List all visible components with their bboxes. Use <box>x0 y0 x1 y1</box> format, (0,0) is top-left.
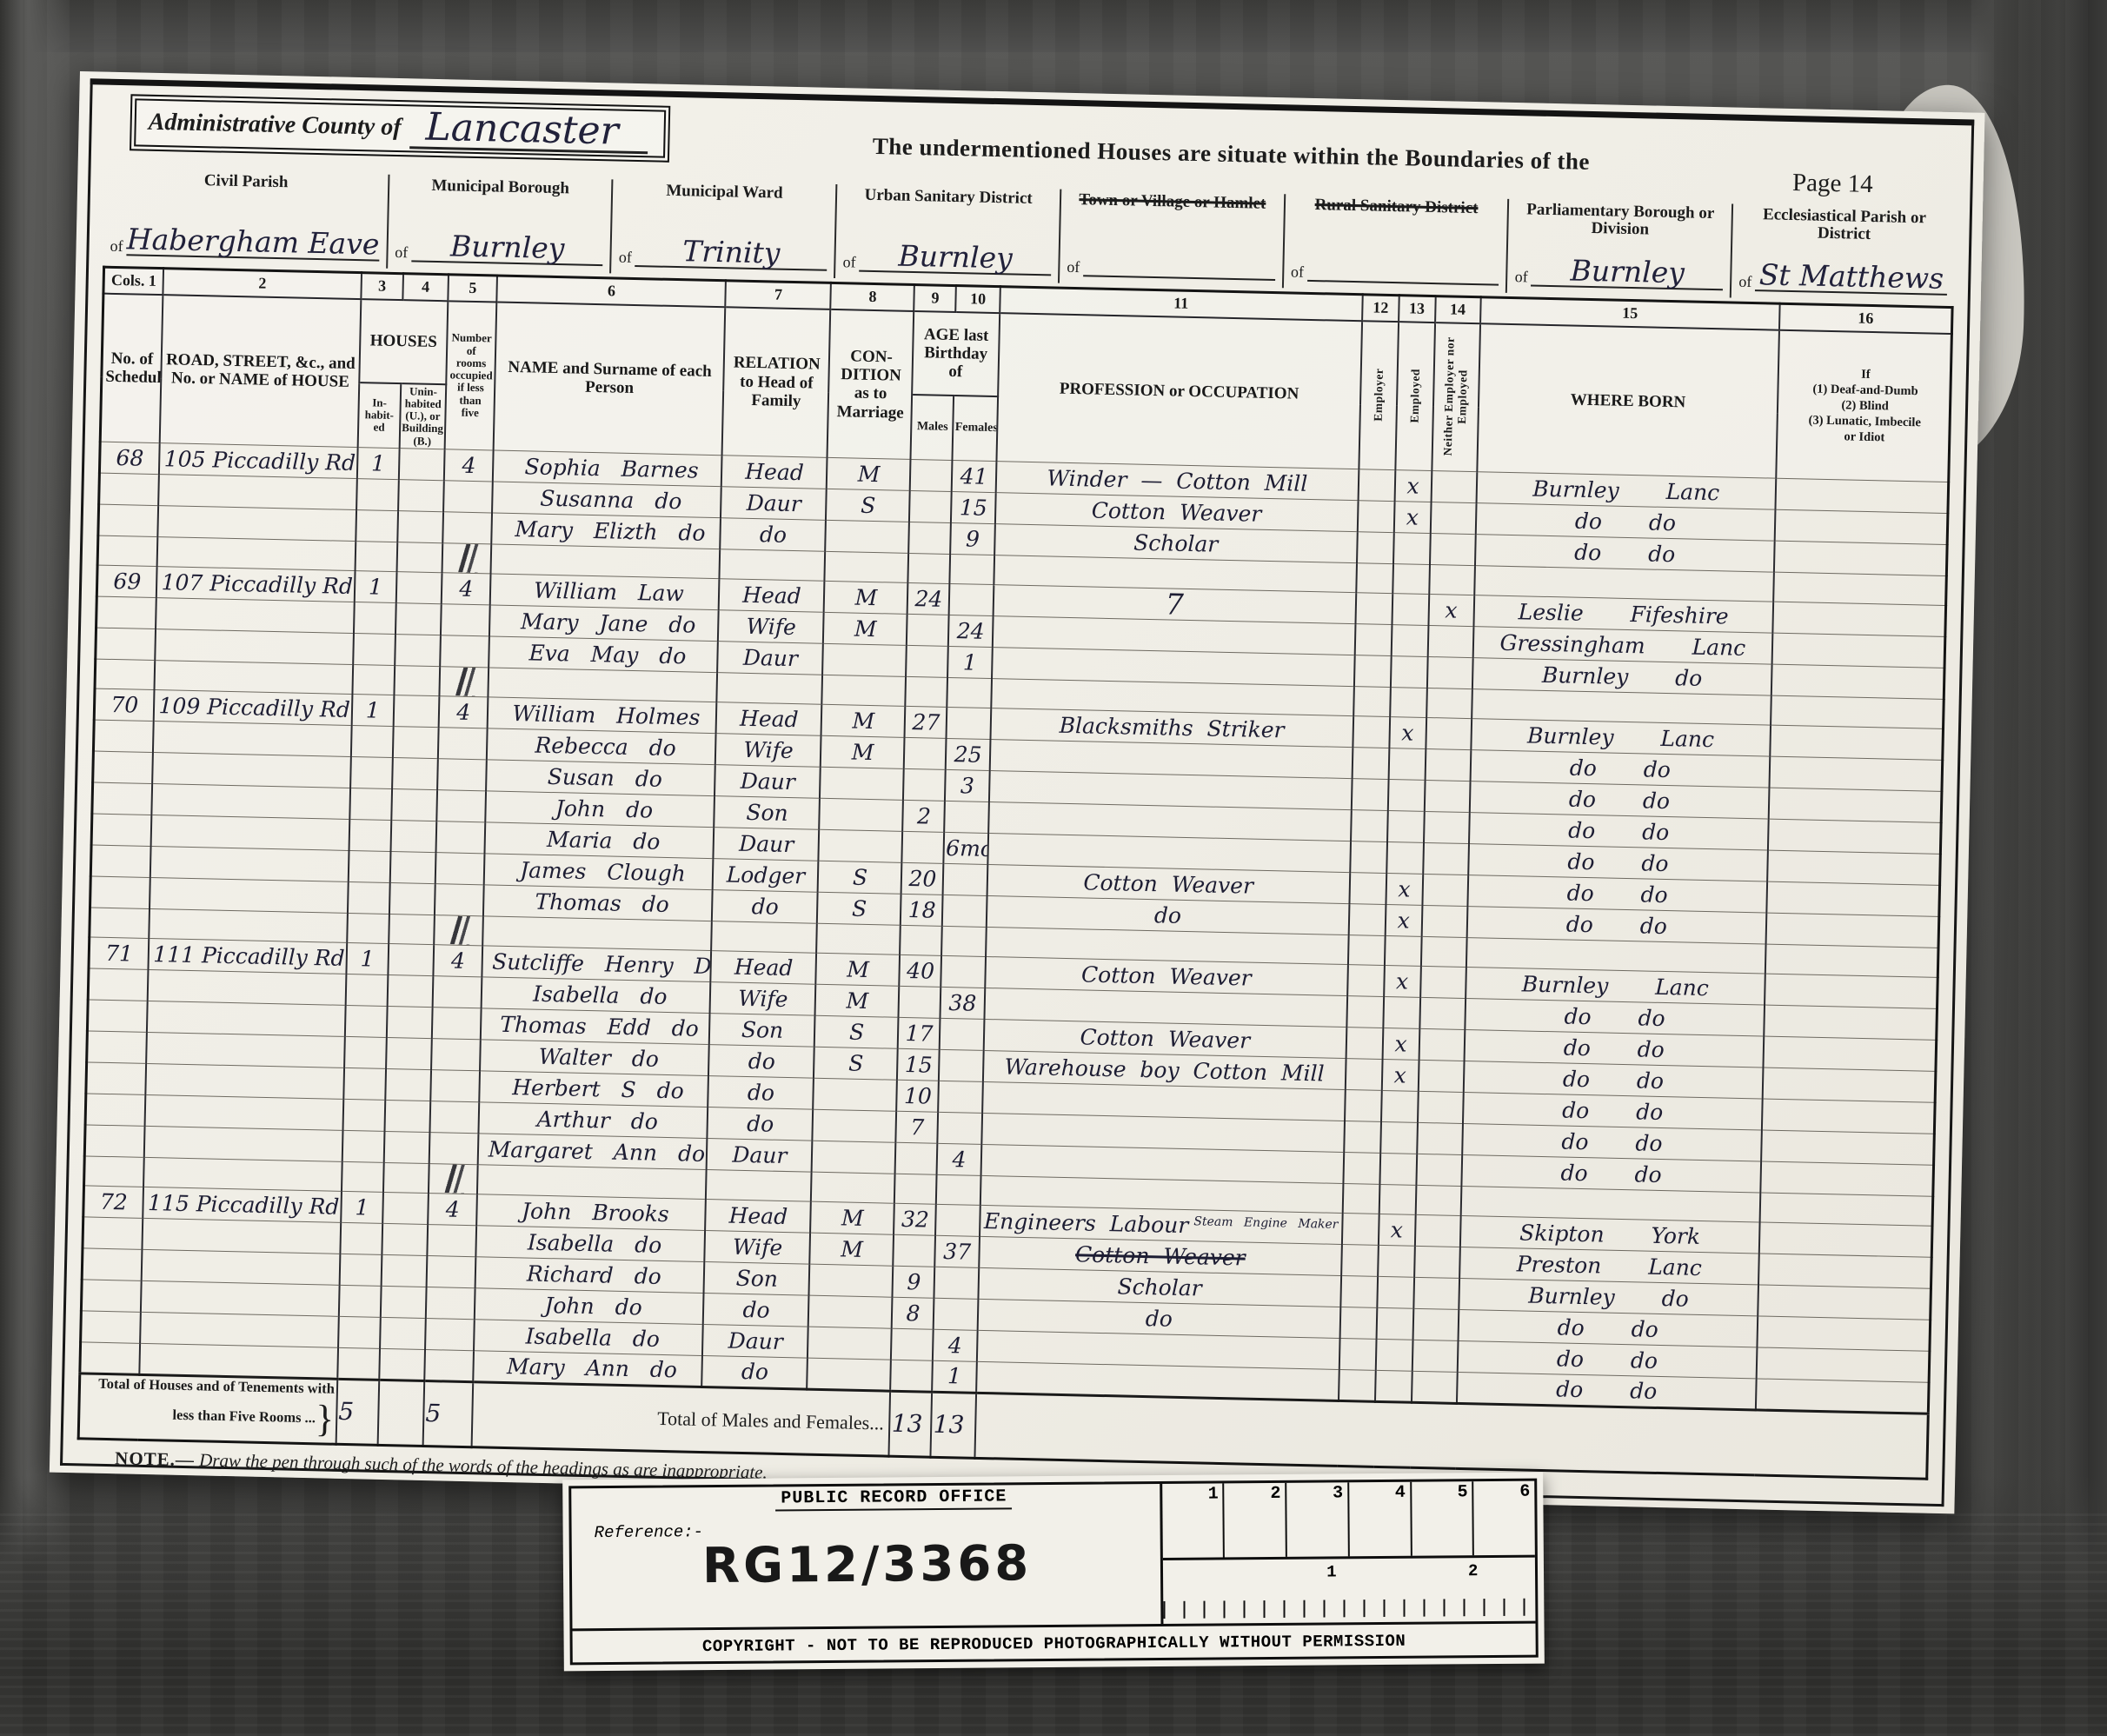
cell-inhabited <box>344 1036 387 1068</box>
cell-schedule <box>82 1248 143 1280</box>
cell-employed: x <box>1379 1214 1416 1246</box>
cell-age-female: 4 <box>937 1143 981 1175</box>
cell-relation: Daur <box>707 1139 813 1173</box>
column-number: 5 <box>448 275 497 302</box>
cell-name: Thomas do <box>483 885 713 921</box>
cell-uninhabited <box>399 449 445 481</box>
totals-females: 13 <box>931 1392 976 1458</box>
column-number: 14 <box>1435 296 1481 323</box>
cell-relation: do <box>721 518 827 552</box>
cell-age-female <box>945 801 989 833</box>
cell-relation: do <box>703 1293 809 1327</box>
census-scan-photo: { "meta": { "page_label": "Page 14" }, "… <box>0 0 2107 1736</box>
cell-age-male <box>909 522 952 554</box>
cell-rooms <box>437 759 487 791</box>
cell-condition: S <box>814 1015 899 1048</box>
cell-name: Mary Elizth do <box>492 513 721 549</box>
cell-schedule <box>83 1217 143 1249</box>
cell-condition: M <box>816 953 901 986</box>
cell-name <box>477 1165 707 1200</box>
district-of: of <box>1738 273 1755 291</box>
district-value: Burnley <box>411 230 603 266</box>
cell-uninhabited <box>396 572 442 604</box>
cell-employed <box>1392 594 1429 626</box>
cell-condition: S <box>826 489 910 522</box>
admin-county-value: Lancaster <box>409 110 648 154</box>
district-of: of <box>619 249 635 267</box>
cell-condition <box>820 798 904 831</box>
cell-rooms <box>435 853 485 885</box>
cell-name: Isabella do <box>474 1320 703 1356</box>
cell-rooms <box>429 1164 478 1194</box>
cell-name: William Law <box>490 574 720 610</box>
cell-uninhabited <box>393 727 439 759</box>
cell-rooms <box>432 1008 482 1040</box>
cell-employed: x <box>1394 502 1432 534</box>
cell-employer <box>1342 1213 1379 1245</box>
cell-employed <box>1379 1153 1417 1185</box>
cell-infirmity <box>1773 572 1946 605</box>
cell-age-male: 17 <box>898 1017 941 1049</box>
cell-age-female <box>941 955 986 988</box>
cell-relation <box>720 549 826 582</box>
district-field: Ecclesiastical Parish or DistrictofSt Ma… <box>1730 203 1956 303</box>
cell-uninhabited <box>398 480 444 512</box>
cell-name: John do <box>486 791 715 828</box>
cell-employed: x <box>1389 717 1426 749</box>
cell-road <box>143 1157 342 1191</box>
cell-age-male: 24 <box>907 582 950 615</box>
cell-name: Maria do <box>485 822 715 859</box>
cell-employer <box>1355 624 1392 656</box>
cell-road <box>146 1032 344 1068</box>
col-header-rooms: Number of rooms occupied if less than fi… <box>445 301 497 450</box>
column-number: 8 <box>831 283 915 310</box>
cell-condition <box>817 923 901 954</box>
cell-infirmity <box>1766 881 1939 916</box>
cell-infirmity <box>1766 913 1939 948</box>
census-table: Cols. 12345678910111213141516 No. of Sch… <box>77 266 1954 1480</box>
cell-road: 115 Piccadilly Rd <box>143 1187 342 1222</box>
cell-neither <box>1424 811 1470 843</box>
cell-infirmity <box>1767 850 1940 885</box>
cell-condition: M <box>811 1201 895 1234</box>
cell-schedule <box>85 1094 146 1126</box>
district-value <box>1083 274 1275 281</box>
cell-road <box>156 629 354 665</box>
cell-inhabited <box>343 1068 386 1100</box>
cell-relation: Wife <box>715 734 821 768</box>
cell-inhabited <box>349 819 391 851</box>
cell-schedule <box>96 628 156 660</box>
cell-uninhabited <box>395 603 442 635</box>
cell-employed <box>1376 1339 1413 1371</box>
cell-schedule <box>93 720 154 752</box>
cell-relation: do <box>708 1107 814 1141</box>
cell-uninhabited <box>380 1317 426 1349</box>
cell-uninhabited <box>389 914 435 944</box>
cell-road <box>155 661 353 695</box>
cell-inhabited <box>347 913 389 943</box>
cell-schedule <box>84 1125 145 1157</box>
col-header-age: AGE last Birthday of <box>913 311 1000 396</box>
ruler-segment: 2 <box>1225 1483 1287 1557</box>
cell-age-male: 32 <box>894 1203 937 1235</box>
cell-age-male: 8 <box>892 1297 934 1329</box>
col-header-neither: Neither Employer nor Employed <box>1432 323 1480 472</box>
col-header-employer: Employer <box>1359 321 1398 470</box>
cell-neither <box>1423 842 1469 875</box>
district-field: Urban Sanitary DistrictofBurnley <box>834 184 1060 283</box>
totals-rooms: 5 <box>423 1380 474 1447</box>
cell-name: Margaret Ann do <box>478 1134 708 1170</box>
cell-inhabited <box>348 881 390 914</box>
cell-relation: Head <box>716 702 822 736</box>
cell-employer <box>1343 1153 1380 1185</box>
cell-name: Eva May do <box>489 636 719 673</box>
district-value: St Matthews <box>1755 260 1947 296</box>
cell-age-male: 40 <box>900 954 942 987</box>
cell-name: Susanna do <box>492 482 721 518</box>
cell-employer <box>1357 532 1394 564</box>
cell-uninhabited <box>386 1037 432 1069</box>
cell-road <box>148 969 346 1005</box>
cell-relation: Son <box>704 1261 810 1295</box>
cell-uninhabited <box>390 851 436 883</box>
cell-age-female <box>940 1018 984 1050</box>
column-number: 13 <box>1399 296 1435 323</box>
district-of: of <box>1067 258 1083 276</box>
cell-neither <box>1420 936 1466 967</box>
cell-inhabited <box>351 725 394 757</box>
note-text: Draw the pen through such of the words o… <box>199 1449 768 1482</box>
cell-condition <box>825 551 909 582</box>
cell-condition <box>814 1078 898 1111</box>
cell-inhabited: 1 <box>346 942 389 974</box>
cell-road <box>141 1280 339 1316</box>
cell-road <box>145 1094 343 1130</box>
cell-name: Richard do <box>475 1257 705 1294</box>
cell-name: Sophia Barnes <box>493 450 722 487</box>
cell-age-male: 10 <box>897 1080 940 1112</box>
column-number: 3 <box>361 273 403 300</box>
district-value: Burnley <box>859 241 1051 276</box>
cell-employed <box>1376 1307 1413 1340</box>
cell-infirmity <box>1772 602 1945 636</box>
cell-road <box>143 1218 341 1254</box>
ruler-cm-scale: 123456 <box>1162 1481 1535 1560</box>
cell-neither <box>1412 1308 1459 1340</box>
cell-employed: x <box>1382 1028 1419 1060</box>
cell-condition <box>826 520 910 553</box>
cell-road: 109 Piccadilly Rd <box>154 690 352 726</box>
cell-age-female <box>939 1049 983 1081</box>
col-header-occupation: PROFESSION or OCCUPATION <box>996 313 1362 469</box>
cell-age-male: 18 <box>901 894 943 926</box>
district-field: Municipal BoroughofBurnley <box>386 175 612 274</box>
district-field: Municipal WardofTrinity <box>609 179 835 278</box>
cell-infirmity <box>1774 541 1947 575</box>
cell-age-male <box>910 459 953 491</box>
cell-employer <box>1347 965 1385 997</box>
cell-employer <box>1349 904 1386 936</box>
district-value: Habergham Eave <box>126 224 379 261</box>
totals-males: 13 <box>889 1391 933 1457</box>
cell-neither <box>1429 533 1475 565</box>
cell-neither <box>1424 780 1470 812</box>
cell-employer <box>1339 1338 1377 1370</box>
cell-employer <box>1346 1059 1383 1091</box>
cell-relation: do <box>712 890 818 924</box>
cell-rooms <box>440 635 489 668</box>
cell-inhabited <box>340 1254 382 1286</box>
cell-name <box>489 668 718 702</box>
col-header-road: ROAD, STREET, &c., and No. or NAME of HO… <box>160 295 361 448</box>
stamp-frame: PUBLIC RECORD OFFICE Reference:- RG12/33… <box>568 1479 1539 1666</box>
cell-condition <box>811 1172 895 1203</box>
cell-schedule: 69 <box>96 565 157 597</box>
cell-uninhabited <box>397 511 443 543</box>
cell-relation <box>717 673 823 705</box>
district-label: Municipal Borough <box>395 176 605 217</box>
cell-name: Isabella do <box>482 977 711 1014</box>
cell-age-male <box>902 831 945 863</box>
cell-name: Thomas Edd do <box>481 1008 710 1045</box>
cell-relation: Daur <box>702 1324 808 1358</box>
cell-employed <box>1388 780 1426 812</box>
cell-infirmity <box>1776 478 1949 513</box>
totals-inhabited: 5 <box>336 1379 380 1445</box>
cell-infirmity <box>1770 725 1943 760</box>
col-header-houses: HOUSES <box>359 299 448 384</box>
col-header-inhabited: In-habit-ed <box>358 382 402 449</box>
cell-neither <box>1412 1340 1458 1372</box>
cell-neither <box>1427 625 1473 657</box>
cell-age-male: 15 <box>897 1048 940 1081</box>
district-field: Rural Sanitary Districtof <box>1282 194 1508 293</box>
cell-infirmity <box>1775 509 1948 544</box>
cell-name <box>491 544 721 579</box>
cell-age-female: 38 <box>941 987 985 1019</box>
cell-employer <box>1346 996 1384 1028</box>
census-table-body: 68105 Piccadilly Rd14Sophia BarnesHeadM4… <box>80 442 1949 1413</box>
cell-uninhabited <box>384 1131 430 1163</box>
cell-inhabited <box>350 756 393 788</box>
cell-uninhabited <box>392 758 438 790</box>
cell-neither <box>1425 748 1471 781</box>
cell-relation: Head <box>721 456 828 489</box>
district-field: Civil ParishofHabergham Eave <box>103 169 388 269</box>
cell-employer <box>1345 1090 1382 1122</box>
col-header-uninhabited: Unin-habited (U.), or Building (B.) <box>400 383 447 449</box>
cell-employed: x <box>1384 965 1421 997</box>
column-number: 10 <box>956 286 1000 313</box>
cell-schedule <box>90 876 151 908</box>
district-of: of <box>1514 268 1531 286</box>
cell-employer <box>1343 1183 1379 1214</box>
ruler-segment: 1 <box>1162 1483 1225 1557</box>
cell-employer <box>1359 469 1396 502</box>
cell-inhabited <box>346 974 389 1006</box>
ruler-inch-number: 2 <box>1468 1561 1479 1580</box>
cell-relation: Daur <box>717 642 823 675</box>
cell-name: Isabella do <box>476 1226 706 1262</box>
cell-employed: x <box>1394 470 1432 502</box>
column-number: 16 <box>1779 303 1952 333</box>
cell-rooms <box>436 790 486 822</box>
cell-employed: x <box>1386 873 1423 905</box>
cell-infirmity <box>1772 633 1945 668</box>
cell-schedule <box>99 473 160 505</box>
cell-age-male: 2 <box>903 800 946 832</box>
col-header-infirmity: If (1) Deaf-and-Dumb (2) Blind (3) Lunat… <box>1776 329 1951 482</box>
cell-neither <box>1429 564 1475 595</box>
cell-inhabited <box>353 634 395 666</box>
cell-employer <box>1340 1275 1378 1307</box>
cell-employer <box>1358 501 1395 533</box>
cell-rooms <box>425 1319 475 1351</box>
cell-age-male: 7 <box>896 1111 939 1143</box>
cell-schedule <box>81 1280 142 1312</box>
cell-employed <box>1393 533 1431 565</box>
stamp-reference-panel: PUBLIC RECORD OFFICE Reference:- RG12/33… <box>571 1484 1160 1628</box>
col-header-name: NAME and Surname of each Person <box>494 302 726 456</box>
cell-rooms <box>424 1349 474 1381</box>
cell-relation: Wife <box>710 982 816 1016</box>
cell-road <box>140 1312 338 1347</box>
cell-employed: x <box>1385 904 1422 936</box>
cell-road <box>151 815 349 850</box>
cell-neither <box>1426 656 1472 688</box>
cell-age-female <box>938 1112 982 1144</box>
totals-males-females-label: Total of Males and Females... <box>472 1382 891 1456</box>
district-label: Municipal Ward <box>620 182 829 223</box>
cell-infirmity <box>1765 974 1938 1008</box>
stamp-office-title: PUBLIC RECORD OFFICE <box>775 1487 1012 1511</box>
cell-infirmity <box>1759 1222 1932 1257</box>
pro-reference-stamp: PUBLIC RECORD OFFICE Reference:- RG12/33… <box>562 1473 1545 1672</box>
col-header-condition: CON-DITION as to Marriage <box>828 309 914 459</box>
cell-road <box>147 1001 345 1036</box>
cell-age-male <box>909 490 952 522</box>
cell-neither <box>1417 1091 1463 1123</box>
cell-schedule <box>98 504 159 536</box>
cell-infirmity <box>1764 1005 1937 1040</box>
cell-relation: Son <box>709 1014 815 1048</box>
cell-name <box>483 916 713 951</box>
cell-inhabited <box>349 850 391 882</box>
note-label: NOTE.— <box>115 1447 195 1470</box>
cell-uninhabited <box>383 1162 429 1193</box>
cell-uninhabited <box>384 1100 430 1132</box>
cell-employed <box>1386 842 1424 875</box>
cell-age-female: 4 <box>933 1329 977 1361</box>
cell-inhabited <box>349 788 392 820</box>
cell-inhabited <box>345 1005 388 1037</box>
cell-uninhabited <box>391 789 437 821</box>
cell-uninhabited <box>388 974 434 1007</box>
cell-road <box>157 537 356 571</box>
cell-relation: Wife <box>718 610 824 644</box>
cell-condition: M <box>823 612 907 645</box>
district-of: of <box>395 243 411 262</box>
column-number: Cols. 1 <box>103 267 164 294</box>
cell-infirmity <box>1758 1285 1931 1320</box>
cell-relation: do <box>708 1076 814 1110</box>
cell-rooms: 4 <box>442 573 491 605</box>
cell-employed <box>1391 625 1428 657</box>
cell-neither <box>1421 905 1467 937</box>
cell-road <box>153 722 351 757</box>
cell-rooms <box>439 667 489 697</box>
column-number: 7 <box>726 281 832 309</box>
column-number: 2 <box>163 269 362 299</box>
cell-relation: Son <box>715 796 821 830</box>
cell-schedule <box>86 1062 147 1094</box>
cell-infirmity <box>1771 695 1944 728</box>
cell-employed <box>1380 1121 1418 1154</box>
cell-inhabited: 1 <box>352 694 395 726</box>
cell-employer <box>1344 1121 1381 1154</box>
cell-road <box>144 1126 342 1161</box>
district-of: of <box>1291 263 1307 281</box>
ruler-segment: 4 <box>1349 1482 1412 1556</box>
cell-employed <box>1385 935 1421 966</box>
admin-county-box: Administrative County of Lancaster <box>130 94 670 162</box>
cell-inhabited <box>356 479 399 511</box>
cell-rooms <box>429 1133 479 1165</box>
col-header-employed: Employed <box>1395 322 1434 471</box>
cell-employer <box>1356 563 1392 594</box>
cell-rooms <box>427 1256 476 1288</box>
district-of: of <box>110 237 126 256</box>
cell-rooms <box>434 915 483 946</box>
cell-inhabited: 1 <box>355 571 397 603</box>
cell-rooms: 4 <box>444 449 494 482</box>
cell-neither <box>1419 997 1466 1029</box>
cell-relation: Wife <box>705 1230 811 1264</box>
ruler-ticks <box>1163 1599 1535 1619</box>
cell-age-female <box>936 1204 980 1236</box>
cell-infirmity <box>1761 1130 1934 1165</box>
cell-neither <box>1417 1122 1463 1154</box>
cell-age-female <box>936 1174 980 1205</box>
cell-schedule <box>96 596 157 629</box>
cell-inhabited <box>337 1347 380 1380</box>
cell-age-female <box>947 707 991 739</box>
cell-neither: x <box>1428 594 1474 626</box>
cell-age-male <box>908 553 951 583</box>
cell-relation <box>712 921 818 954</box>
cell-condition <box>808 1327 892 1360</box>
column-number: 4 <box>402 274 449 301</box>
cell-road: 105 Piccadilly Rd <box>159 443 357 479</box>
cell-neither <box>1426 717 1472 749</box>
col-header-males: Males <box>911 394 954 460</box>
cell-uninhabited <box>389 882 435 915</box>
col-header-relation: RELATION to Head of Family <box>722 307 831 458</box>
cell-schedule: 72 <box>83 1186 144 1218</box>
cell-name: Mary Jane do <box>489 605 719 642</box>
cell-inhabited <box>356 510 398 542</box>
cell-infirmity <box>1764 1036 1937 1071</box>
totals-uninhabited <box>378 1380 425 1446</box>
cell-neither <box>1422 874 1468 906</box>
cell-inhabited <box>342 1130 385 1162</box>
cell-employed <box>1390 688 1426 718</box>
cell-age-male <box>906 676 948 707</box>
cell-rooms <box>442 512 492 544</box>
